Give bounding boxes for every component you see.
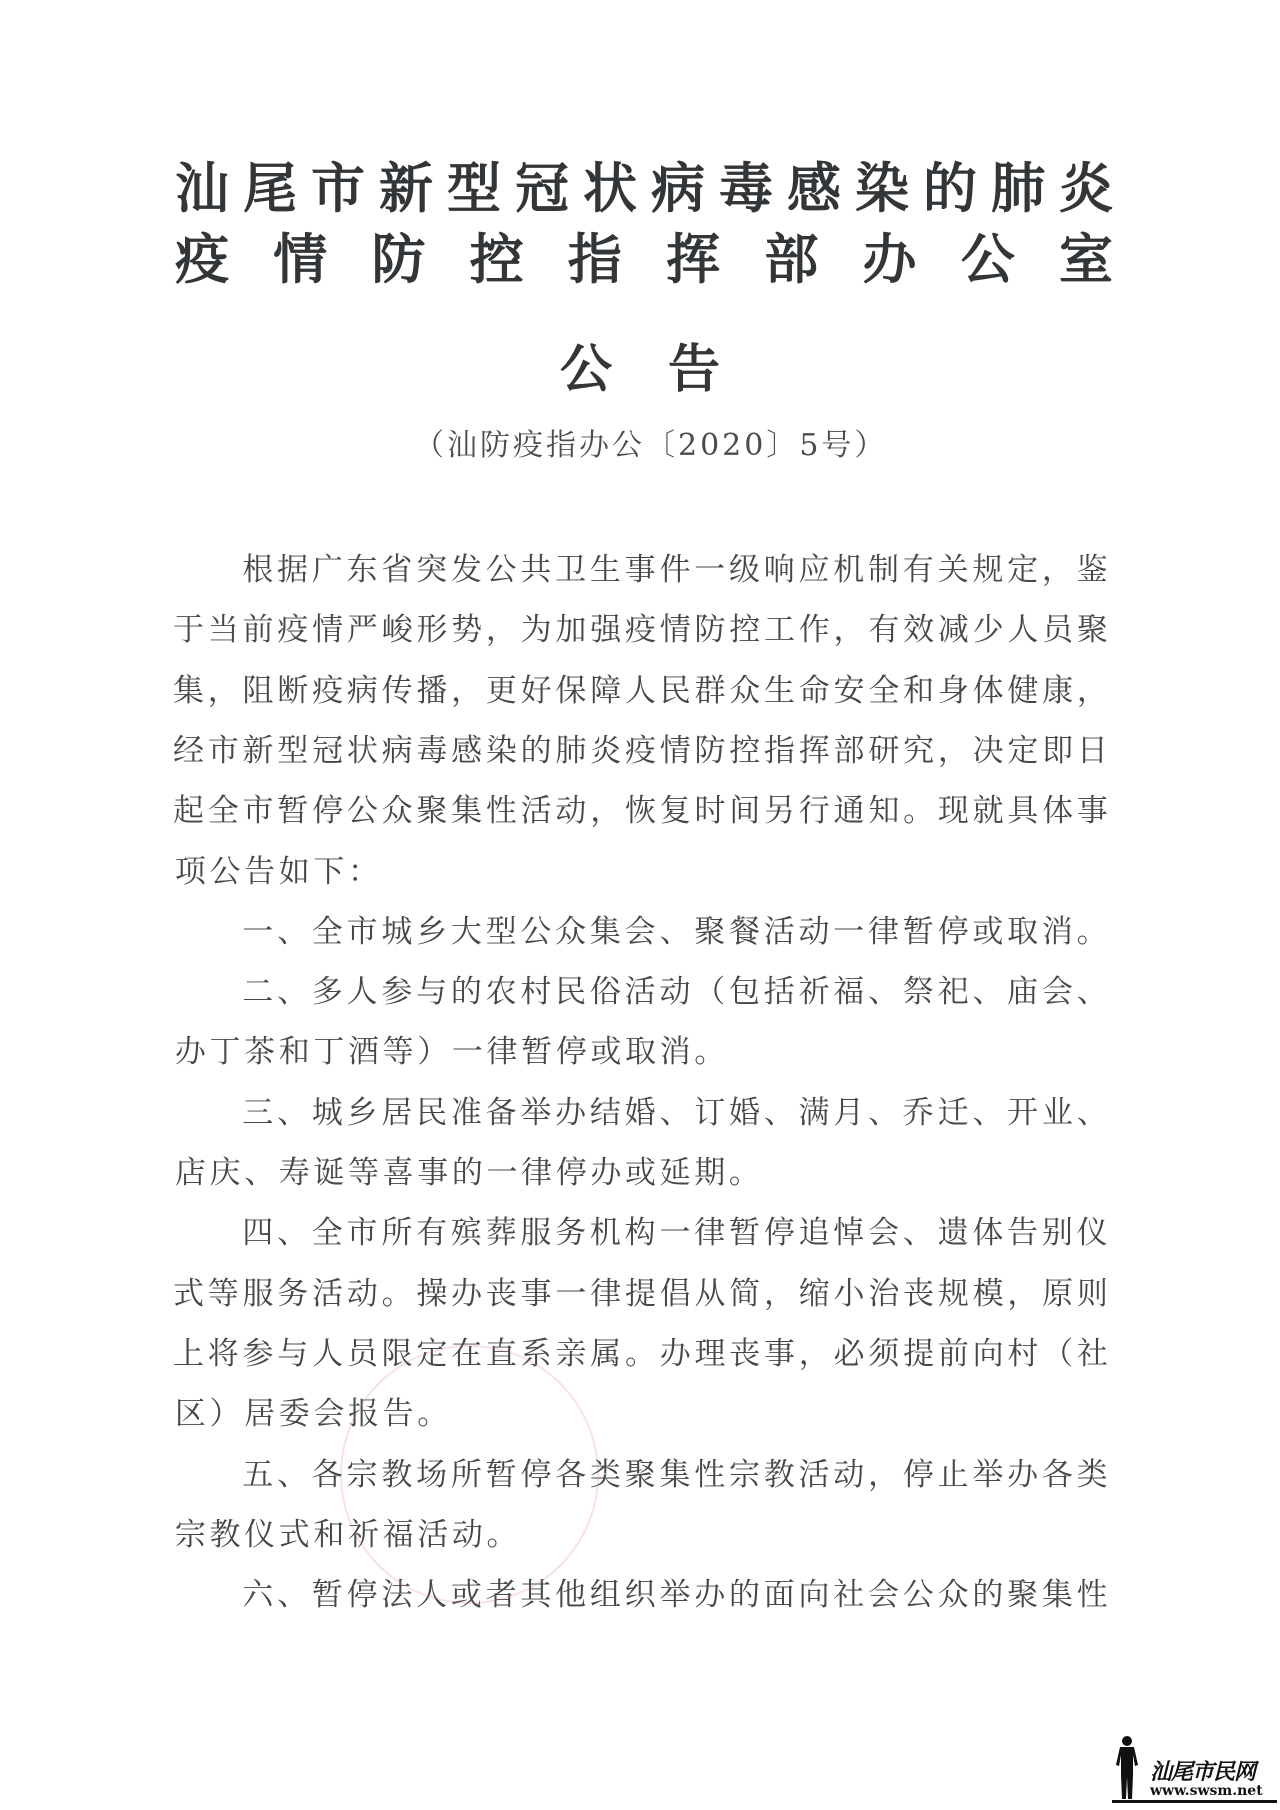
title-char: 新 (379, 156, 433, 222)
body-text-line: 三、城乡居民准备举办结婚、订婚、满月、乔迁、开业、 (242, 1083, 1108, 1143)
title-char: 部 (764, 227, 818, 293)
body-text-line: 于当前疫情严峻形势，为加强疫情防控工作，有效减少人员聚 (173, 600, 1108, 660)
body-text-line: 店庆、寿诞等喜事的一律停办或延期。 (173, 1143, 1108, 1203)
body-text-line: 五、各宗教场所暂停各类聚集性宗教活动，停止举办各类 (242, 1445, 1108, 1505)
title-char: 情 (273, 227, 327, 293)
notice-heading-char-2: 告 (668, 338, 720, 402)
title-char: 肺 (991, 156, 1045, 222)
title-char: 公 (961, 227, 1015, 293)
title-char: 型 (447, 156, 501, 222)
body-text-line: 区）居委会报告。 (173, 1384, 1108, 1444)
title-char: 尾 (243, 156, 297, 222)
body-text-line: 集，阻断疫病传播，更好保障人民群众生命安全和身体健康， (173, 661, 1108, 721)
title-char: 室 (1059, 227, 1113, 293)
notice-heading: 公 告 (560, 338, 720, 402)
title-char: 防 (371, 227, 425, 293)
title-char: 办 (863, 227, 917, 293)
title-char: 控 (470, 227, 524, 293)
title-char: 的 (923, 156, 977, 222)
body-text-line: 六、暂停法人或者其他组织举办的面向社会公众的聚集性 (242, 1565, 1108, 1625)
document-number: （汕防疫指办公〔2020〕5号） (414, 426, 866, 466)
title-char: 挥 (666, 227, 720, 293)
body-text-line: 一、全市城乡大型公众集会、聚餐活动一律暂停或取消。 (242, 902, 1108, 962)
body-text-line: 根据广东省突发公共卫生事件一级响应机制有关规定，鉴 (242, 540, 1108, 600)
watermark-site-url: www.swsm.net (1150, 1783, 1263, 1799)
document-page: 汕尾市新型冠状病毒感染的肺炎 疫情防控指挥部办公室 公 告 （汕防疫指办公〔20… (0, 0, 1280, 1810)
document-title-line-2: 疫情防控指挥部办公室 (175, 227, 1113, 293)
title-char: 汕 (175, 156, 229, 222)
title-char: 病 (651, 156, 705, 222)
body-text-line: 经市新型冠状病毒感染的肺炎疫情防控指挥部研究，决定即日 (173, 721, 1108, 781)
title-char: 毒 (719, 156, 773, 222)
document-title-line-1: 汕尾市新型冠状病毒感染的肺炎 (175, 156, 1113, 222)
watermark-site-name: 汕尾市民网 (1150, 1755, 1255, 1786)
title-char: 状 (583, 156, 637, 222)
standing-figure-icon (1112, 1735, 1142, 1801)
body-text-line: 二、多人参与的农村民俗活动（包括祈福、祭祀、庙会、 (242, 962, 1108, 1022)
title-char: 指 (568, 227, 622, 293)
body-text-line: 起全市暂停公众聚集性活动，恢复时间另行通知。现就具体事 (173, 781, 1108, 841)
site-watermark: 汕尾市民网 www.swsm.net (1112, 1735, 1277, 1805)
body-text-line: 项公告如下： (173, 842, 1108, 902)
body-text-line: 办丁茶和丁酒等）一律暂停或取消。 (173, 1022, 1108, 1082)
body-text-line: 式等服务活动。操办丧事一律提倡从简，缩小治丧规模，原则 (173, 1264, 1108, 1324)
watermark-baseline (1112, 1800, 1277, 1803)
title-char: 染 (855, 156, 909, 222)
notice-heading-char-1: 公 (560, 338, 612, 402)
title-char: 感 (787, 156, 841, 222)
body-text-line: 四、全市所有殡葬服务机构一律暂停追悼会、遗体告别仪 (242, 1203, 1108, 1263)
title-char: 疫 (175, 227, 229, 293)
title-char: 冠 (515, 156, 569, 222)
body-text-line: 宗教仪式和祈福活动。 (173, 1505, 1108, 1565)
title-char: 炎 (1059, 156, 1113, 222)
title-char: 市 (311, 156, 365, 222)
body-text-line: 上将参与人员限定在直系亲属。办理丧事，必须提前向村（社 (173, 1324, 1108, 1384)
